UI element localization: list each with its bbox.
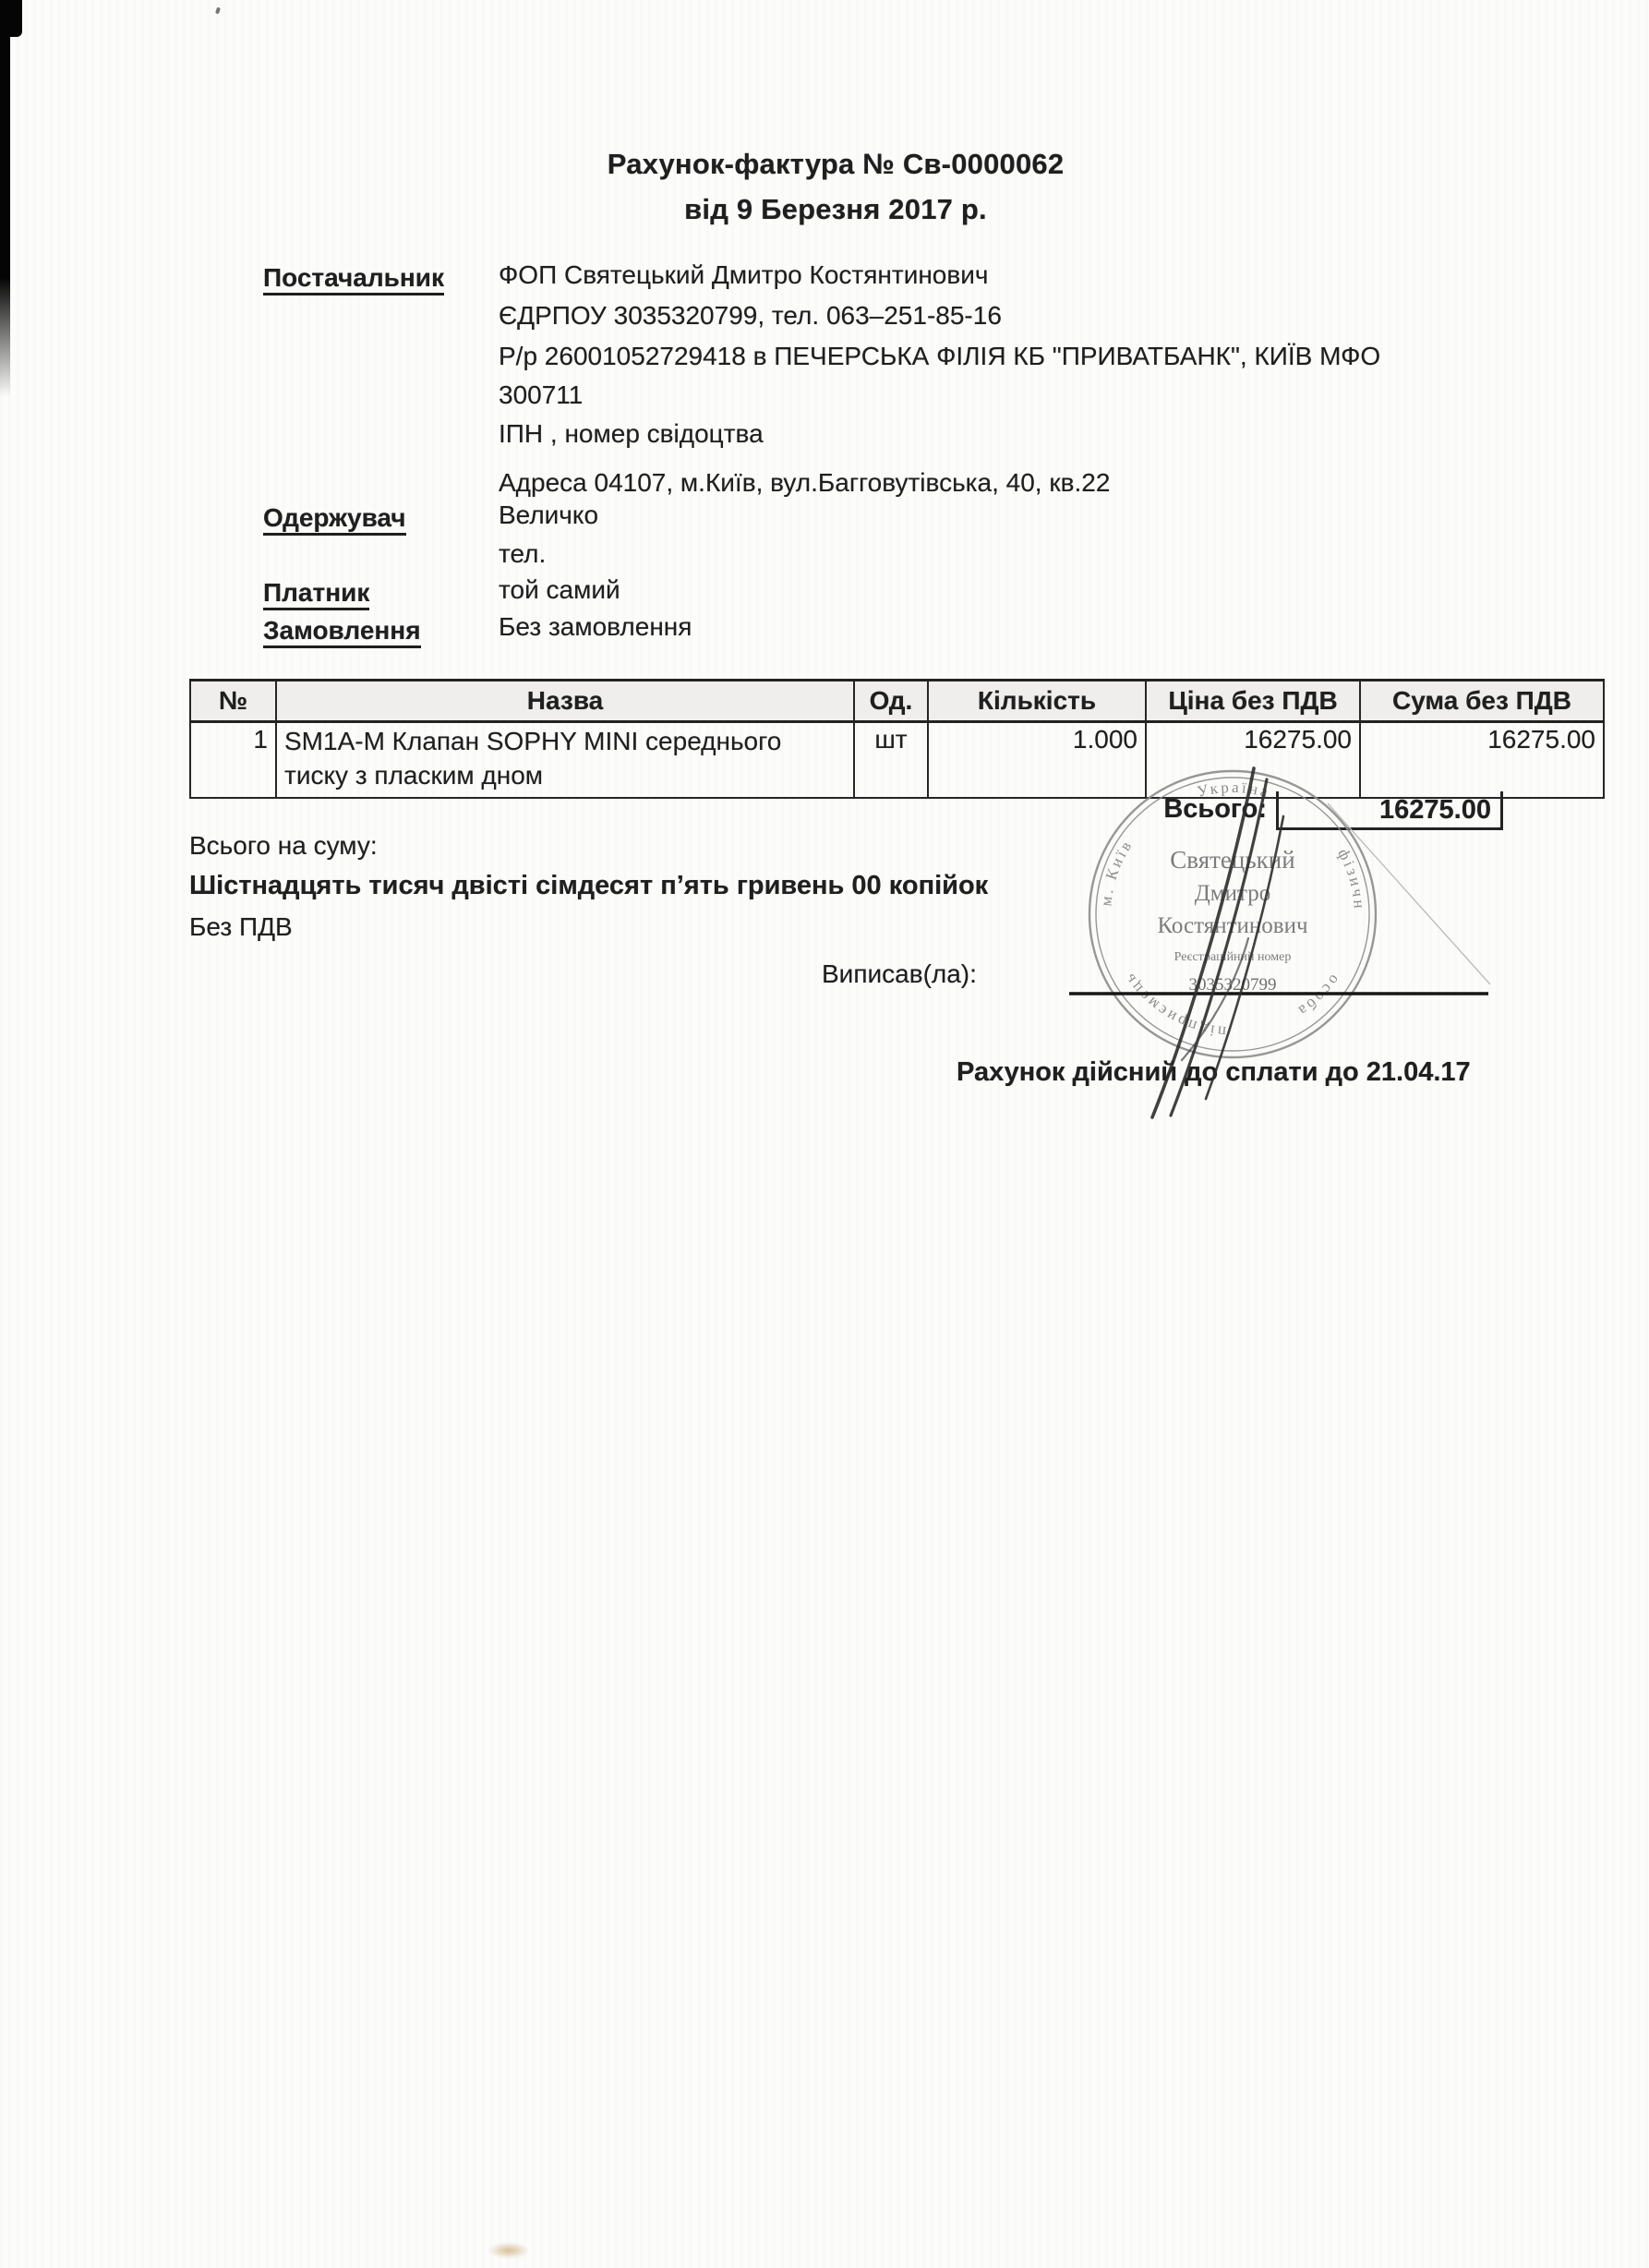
supplier-label: Постачальник [263, 263, 444, 296]
issued-by-label: Виписав(ла): [822, 960, 977, 989]
signature-strokes [1152, 768, 1283, 1117]
header-name: Назва [276, 681, 854, 722]
supplier-address: Адреса 04107, м.Київ, вул.Багговутівська… [499, 469, 1110, 498]
cell-num: 1 [190, 722, 276, 799]
cell-name: SM1A-M Клапан SOPHY MINI середнього тиск… [276, 722, 854, 799]
order-label-wrap: Замовлення [263, 617, 421, 645]
stamp-ring-top-text: Україна [1196, 778, 1273, 802]
stamp-name-line2: Дмитро [1195, 881, 1270, 906]
header-unit: Од. [854, 681, 928, 722]
invoice-title-block: Рахунок-фактура № Св-0000062 від 9 Берез… [608, 148, 1065, 226]
item-name-line1: SM1A-M Клапан SOPHY MINI середнього [284, 727, 781, 755]
scan-smudge [487, 2242, 530, 2259]
signature-stroke-1 [1152, 768, 1254, 1117]
supplier-name: ФОП Святецький Дмитро Костянтинович [499, 261, 988, 290]
payer-label: Платник [263, 578, 369, 610]
total-in-words: Шістнадцять тисяч двісті сімдесят п’ять … [189, 872, 988, 901]
receiver-name: Величко [499, 501, 598, 530]
supplier-account: Р/р 26001052729418 в ПЕЧЕРСЬКА ФІЛІЯ КБ … [499, 343, 1380, 371]
items-table-header-row: № Назва Од. Кількість Ціна без ПДВ Сума … [190, 681, 1604, 722]
invoice-date: від 9 Березня 2017 р. [608, 193, 1065, 226]
scan-edge-artifact [0, 0, 10, 397]
payer-label-wrap: Платник [263, 579, 369, 608]
scanned-invoice-page: Рахунок-фактура № Св-0000062 від 9 Берез… [0, 0, 1649, 2268]
stamp-and-signature: м. Київ Україна фізична особа підприємец… [1016, 755, 1533, 1125]
scan-edge-notch [0, 0, 22, 37]
payer-value: той самий [499, 576, 620, 605]
header-qty: Кількість [928, 681, 1146, 722]
cell-unit: шт [854, 722, 928, 799]
invoice-title: Рахунок-фактура № Св-0000062 [608, 148, 1065, 181]
receiver-label-wrap: Одержувач [263, 504, 406, 533]
vat-note: Без ПДВ [189, 913, 293, 942]
header-num: № [190, 681, 276, 722]
header-price: Ціна без ПДВ [1146, 681, 1360, 722]
supplier-label-wrap: Постачальник [263, 264, 444, 293]
total-in-words-label: Всього на суму: [189, 832, 378, 861]
order-value: Без замовлення [499, 613, 692, 642]
order-label: Замовлення [263, 616, 421, 648]
header-sum: Сума без ПДВ [1360, 681, 1604, 722]
stamp-regnum-label: Реєстраційний номер [1174, 950, 1292, 964]
supplier-ipn: ІПН , номер свідоцтва [499, 420, 764, 449]
scan-speck [215, 7, 221, 15]
receiver-phone: тел. [499, 540, 546, 569]
receiver-label: Одержувач [263, 503, 406, 536]
supplier-mfo: 300711 [499, 381, 583, 410]
stamp-ring-right-text: фізична [1016, 755, 1368, 911]
item-name-line2: тиску з пласким дном [284, 761, 543, 790]
supplier-edrpou: ЄДРПОУ 3035320799, тел. 063–251-85-16 [499, 302, 1002, 331]
